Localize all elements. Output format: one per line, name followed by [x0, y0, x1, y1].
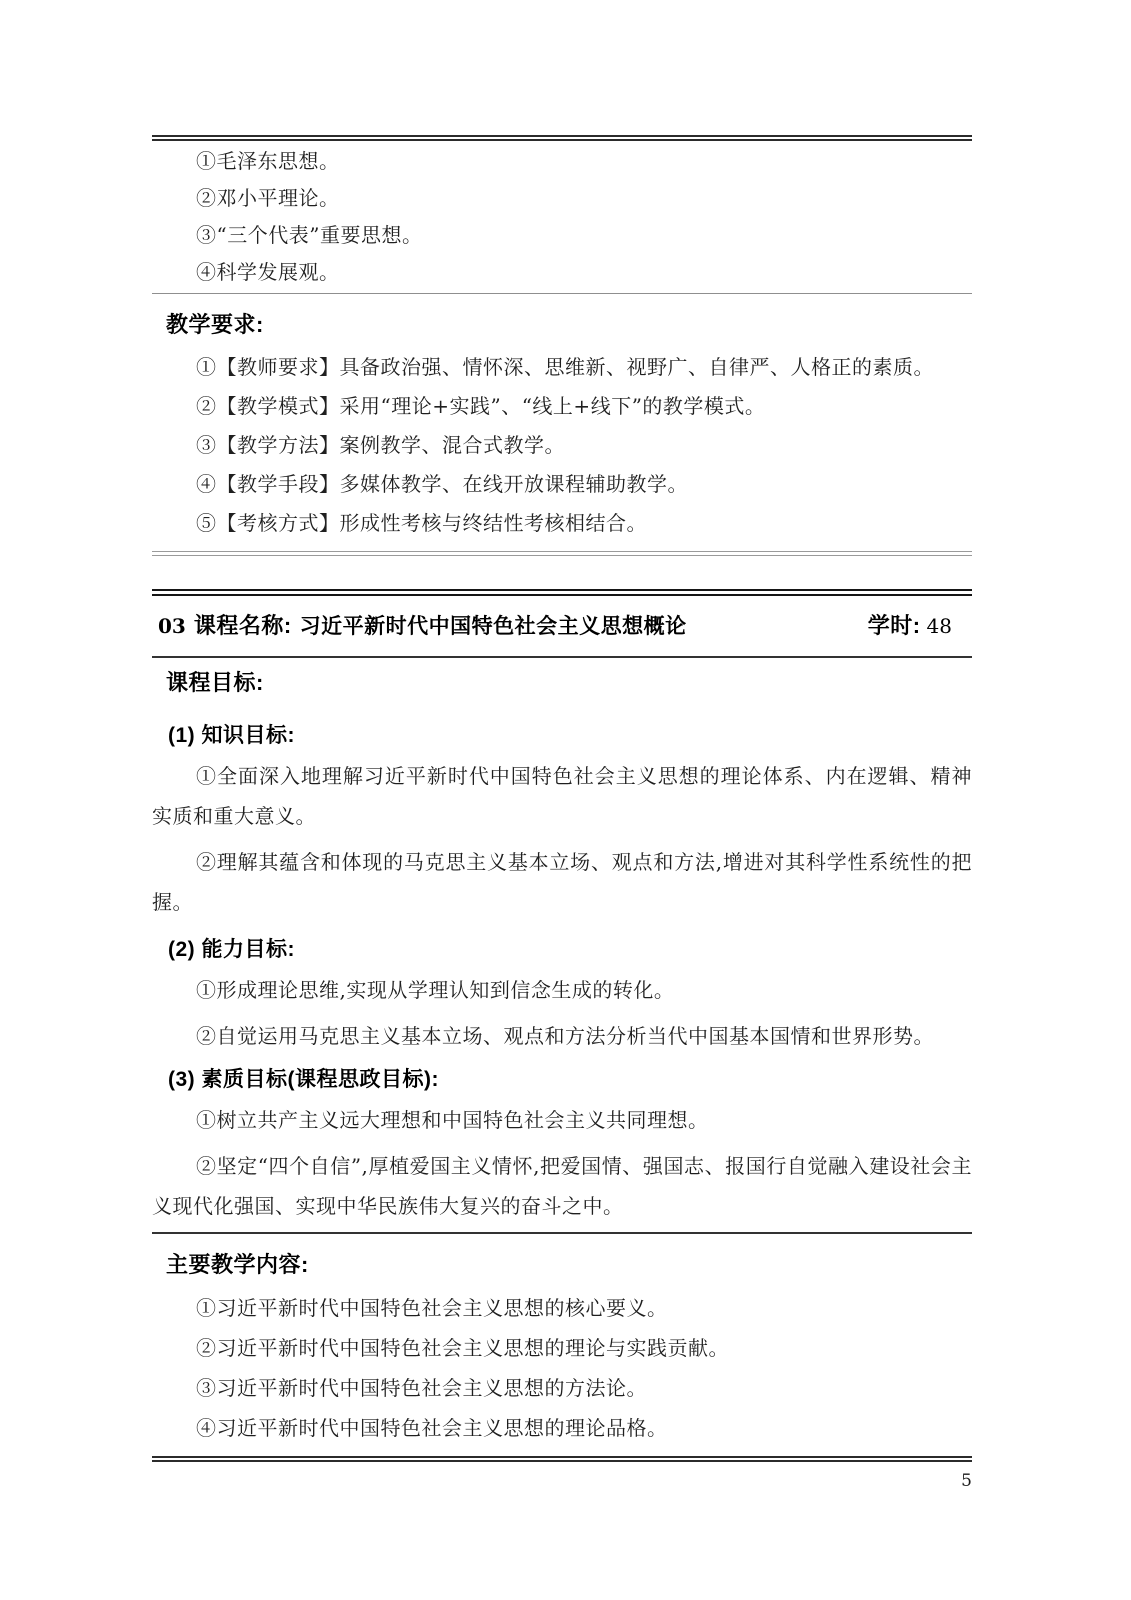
course-name-label: 课程名称: [194, 612, 292, 640]
course-name: 习近平新时代中国特色社会主义思想概论 [300, 613, 687, 641]
course-header-divider [152, 656, 972, 658]
list-item: ①【教师要求】具备政治强、情怀深、思维新、视野广、自律严、人格正的素质。 [152, 348, 972, 387]
table-gap [152, 556, 972, 589]
objective-item: ①全面深入地理解习近平新时代中国特色社会主义思想的理论体系、内在逻辑、精神实质和… [152, 756, 972, 836]
page-footer: 5 [152, 1471, 972, 1491]
list-item: ④科学发展观。 [152, 254, 972, 291]
ability-objectives-heading: (2) 能力目标: [168, 936, 972, 964]
list-item: ①毛泽东思想。 [152, 143, 972, 180]
objective-item: ②理解其蕴含和体现的马克思主义基本立场、观点和方法,增进对其科学性系统性的把握。 [152, 842, 972, 922]
quality-objectives-heading: (3) 素质目标(课程思政目标): [168, 1066, 972, 1094]
teaching-content-section: 主要教学内容: ①习近平新时代中国特色社会主义思想的核心要义。 ②习近平新时代中… [152, 1250, 972, 1456]
objective-item: ①树立共产主义远大理想和中国特色社会主义共同理想。 [152, 1100, 972, 1140]
teaching-content-heading: 主要教学内容: [166, 1250, 972, 1280]
page-content: ①毛泽东思想。 ②邓小平理论。 ③“三个代表”重要思想。 ④科学发展观。 教学要… [152, 135, 972, 1491]
course-objectives-heading: 课程目标: [166, 668, 972, 698]
course-header-row: 03 课程名称: 习近平新时代中国特色社会主义思想概论 学时:48 [152, 596, 972, 656]
list-item: ③习近平新时代中国特色社会主义思想的方法论。 [152, 1368, 972, 1408]
prev-table-row-divider [152, 293, 972, 294]
list-item: ②【教学模式】采用“理论+实践”、“线上+线下”的教学模式。 [152, 387, 972, 426]
document-page: ①毛泽东思想。 ②邓小平理论。 ③“三个代表”重要思想。 ④科学发展观。 教学要… [0, 0, 1131, 1600]
course-hours: 学时:48 [868, 612, 952, 642]
teaching-content-list: ①习近平新时代中国特色社会主义思想的核心要义。 ②习近平新时代中国特色社会主义思… [152, 1288, 972, 1448]
list-item: ②习近平新时代中国特色社会主义思想的理论与实践贡献。 [152, 1328, 972, 1368]
objective-item: ②坚定“四个自信”,厚植爱国主义情怀,把爱国情、强国志、报国行自觉融入建设社会主… [152, 1146, 972, 1226]
course-hours-value: 48 [927, 614, 952, 638]
objective-item: ①形成理论思维,实现从学理认知到信念生成的转化。 [152, 970, 972, 1010]
list-item: ③【教学方法】案例教学、混合式教学。 [152, 426, 972, 465]
list-item: ②邓小平理论。 [152, 180, 972, 217]
list-item: ①习近平新时代中国特色社会主义思想的核心要义。 [152, 1288, 972, 1328]
course-table-top-border [152, 589, 972, 596]
objective-item: ②自觉运用马克思主义基本立场、观点和方法分析当代中国基本国情和世界形势。 [152, 1016, 972, 1056]
course-objectives-section: 课程目标: (1) 知识目标: ①全面深入地理解习近平新时代中国特色社会主义思想… [152, 668, 972, 1232]
course-number: 03 [158, 612, 186, 640]
list-item: ⑤【考核方式】形成性考核与终结性考核相结合。 [152, 504, 972, 543]
knowledge-objectives-heading: (1) 知识目标: [168, 722, 972, 750]
list-item: ④习近平新时代中国特色社会主义思想的理论品格。 [152, 1408, 972, 1448]
course-hours-label: 学时: [868, 613, 921, 638]
teaching-requirements-section: 教学要求: ①【教师要求】具备政治强、情怀深、思维新、视野广、自律严、人格正的素… [152, 310, 972, 551]
course-table-bottom-border [152, 1456, 972, 1462]
course-table-row-divider [152, 1232, 972, 1234]
page-number: 5 [961, 1471, 972, 1491]
list-item: ③“三个代表”重要思想。 [152, 217, 972, 254]
prev-course-content-list: ①毛泽东思想。 ②邓小平理论。 ③“三个代表”重要思想。 ④科学发展观。 [152, 141, 972, 293]
teaching-requirements-heading: 教学要求: [166, 310, 972, 340]
list-item: ④【教学手段】多媒体教学、在线开放课程辅助教学。 [152, 465, 972, 504]
teaching-requirements-list: ①【教师要求】具备政治强、情怀深、思维新、视野广、自律严、人格正的素质。 ②【教… [152, 348, 972, 551]
